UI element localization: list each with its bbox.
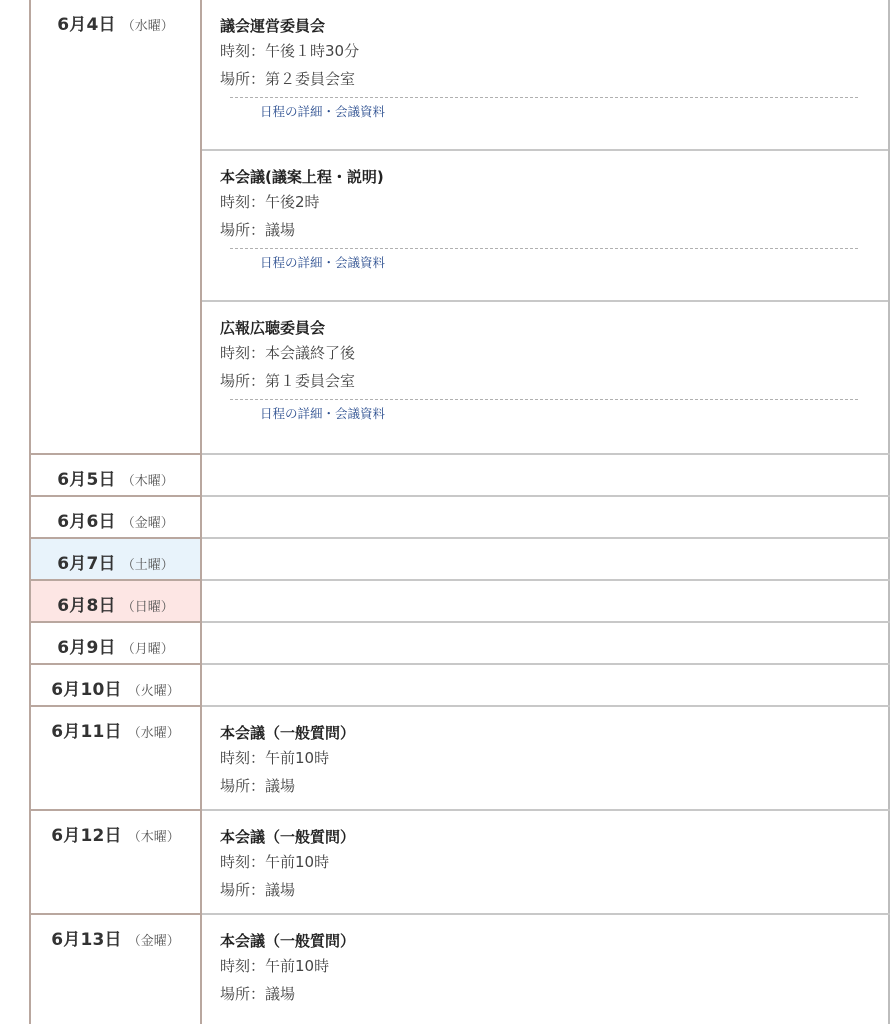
weekday-label: （日曜） xyxy=(122,600,174,615)
events-cell xyxy=(201,454,889,496)
schedule-detail-link[interactable]: 日程の詳細・会議資料 xyxy=(220,101,888,123)
table-row: 6月13日（金曜） 本会議（一般質問） 時刻：午前10時 場所：議場 xyxy=(30,914,889,1024)
event-time: 時刻：本会議終了後 xyxy=(220,339,888,367)
date-cell-sunday: 6月8日（日曜） xyxy=(30,580,201,622)
event-item: 本会議（一般質問） 時刻：午前10時 場所：議場 xyxy=(202,707,888,809)
event-item: 広報広聴委員会 時刻：本会議終了後 場所：第１委員会室 日程の詳細・会議資料 xyxy=(202,302,888,453)
dashed-divider xyxy=(230,97,858,98)
event-time: 時刻：午前10時 xyxy=(220,744,888,772)
date-label: 6月12日 xyxy=(51,826,122,846)
event-item: 本会議（一般質問） 時刻：午前10時 場所：議場 xyxy=(202,811,888,913)
date-label: 6月9日 xyxy=(57,638,115,658)
date-label: 6月11日 xyxy=(51,722,122,742)
weekday-label: （火曜） xyxy=(128,684,180,699)
date-cell: 6月5日（木曜） xyxy=(30,454,201,496)
table-row: 6月7日（土曜） xyxy=(30,538,889,580)
date-cell: 6月6日（金曜） xyxy=(30,496,201,538)
date-cell: 6月9日（月曜） xyxy=(30,622,201,664)
table-row: 6月6日（金曜） xyxy=(30,496,889,538)
event-item: 議会運営委員会 時刻：午後１時30分 場所：第２委員会室 日程の詳細・会議資料 xyxy=(202,0,888,151)
date-cell: 6月4日（水曜） xyxy=(30,0,201,454)
date-label: 6月6日 xyxy=(57,512,115,532)
date-cell: 6月13日（金曜） xyxy=(30,914,201,1024)
table-row: 6月12日（木曜） 本会議（一般質問） 時刻：午前10時 場所：議場 xyxy=(30,810,889,914)
date-label: 6月5日 xyxy=(57,470,115,490)
table-row: 6月4日（水曜） 議会運営委員会 時刻：午後１時30分 場所：第２委員会室 日程… xyxy=(30,0,889,454)
date-cell: 6月10日（火曜） xyxy=(30,664,201,706)
weekday-label: （土曜） xyxy=(122,558,174,573)
dashed-divider xyxy=(230,248,858,249)
table-row: 6月10日（火曜） xyxy=(30,664,889,706)
weekday-label: （金曜） xyxy=(122,516,174,531)
date-cell: 6月12日（木曜） xyxy=(30,810,201,914)
events-cell: 本会議（一般質問） 時刻：午前10時 場所：議場 xyxy=(201,706,889,810)
events-cell: 議会運営委員会 時刻：午後１時30分 場所：第２委員会室 日程の詳細・会議資料 … xyxy=(201,0,889,454)
event-place: 場所：議場 xyxy=(220,772,888,800)
event-place: 場所：第２委員会室 xyxy=(220,65,888,93)
event-place: 場所：議場 xyxy=(220,980,888,1008)
weekday-label: （木曜） xyxy=(128,830,180,845)
date-label: 6月8日 xyxy=(57,596,115,616)
weekday-label: （金曜） xyxy=(128,934,180,949)
event-place: 場所：第１委員会室 xyxy=(220,367,888,395)
event-item: 本会議(議案上程・説明) 時刻：午後2時 場所：議場 日程の詳細・会議資料 xyxy=(202,151,888,302)
date-label: 6月13日 xyxy=(51,930,122,950)
event-time: 時刻：午前10時 xyxy=(220,848,888,876)
event-item: 本会議（一般質問） 時刻：午前10時 場所：議場 xyxy=(202,915,888,1024)
weekday-label: （水曜） xyxy=(122,19,174,34)
event-time: 時刻：午前10時 xyxy=(220,952,888,980)
events-cell: 本会議（一般質問） 時刻：午前10時 場所：議場 xyxy=(201,810,889,914)
dashed-divider xyxy=(230,399,858,400)
date-label: 6月7日 xyxy=(57,554,115,574)
events-cell xyxy=(201,538,889,580)
events-cell xyxy=(201,664,889,706)
table-row: 6月11日（水曜） 本会議（一般質問） 時刻：午前10時 場所：議場 xyxy=(30,706,889,810)
weekday-label: （月曜） xyxy=(122,642,174,657)
table-row: 6月8日（日曜） xyxy=(30,580,889,622)
events-cell xyxy=(201,580,889,622)
schedule-detail-link[interactable]: 日程の詳細・会議資料 xyxy=(220,403,888,425)
table-row: 6月5日（木曜） xyxy=(30,454,889,496)
event-title: 本会議（一般質問） xyxy=(220,722,888,744)
event-time: 時刻：午後１時30分 xyxy=(220,37,888,65)
events-cell xyxy=(201,496,889,538)
date-label: 6月10日 xyxy=(51,680,122,700)
weekday-label: （水曜） xyxy=(128,726,180,741)
date-cell: 6月11日（水曜） xyxy=(30,706,201,810)
event-title: 本会議(議案上程・説明) xyxy=(220,166,888,188)
event-time: 時刻：午後2時 xyxy=(220,188,888,216)
event-place: 場所：議場 xyxy=(220,876,888,904)
event-title: 広報広聴委員会 xyxy=(220,317,888,339)
date-label: 6月4日 xyxy=(57,15,115,35)
meeting-schedule-table: 6月4日（水曜） 議会運営委員会 時刻：午後１時30分 場所：第２委員会室 日程… xyxy=(29,0,890,1024)
event-title: 議会運営委員会 xyxy=(220,15,888,37)
event-place: 場所：議場 xyxy=(220,216,888,244)
date-cell-saturday: 6月7日（土曜） xyxy=(30,538,201,580)
table-row: 6月9日（月曜） xyxy=(30,622,889,664)
schedule-detail-link[interactable]: 日程の詳細・会議資料 xyxy=(220,252,888,274)
events-cell: 本会議（一般質問） 時刻：午前10時 場所：議場 xyxy=(201,914,889,1024)
weekday-label: （木曜） xyxy=(122,474,174,489)
events-cell xyxy=(201,622,889,664)
event-title: 本会議（一般質問） xyxy=(220,826,888,848)
event-title: 本会議（一般質問） xyxy=(220,930,888,952)
